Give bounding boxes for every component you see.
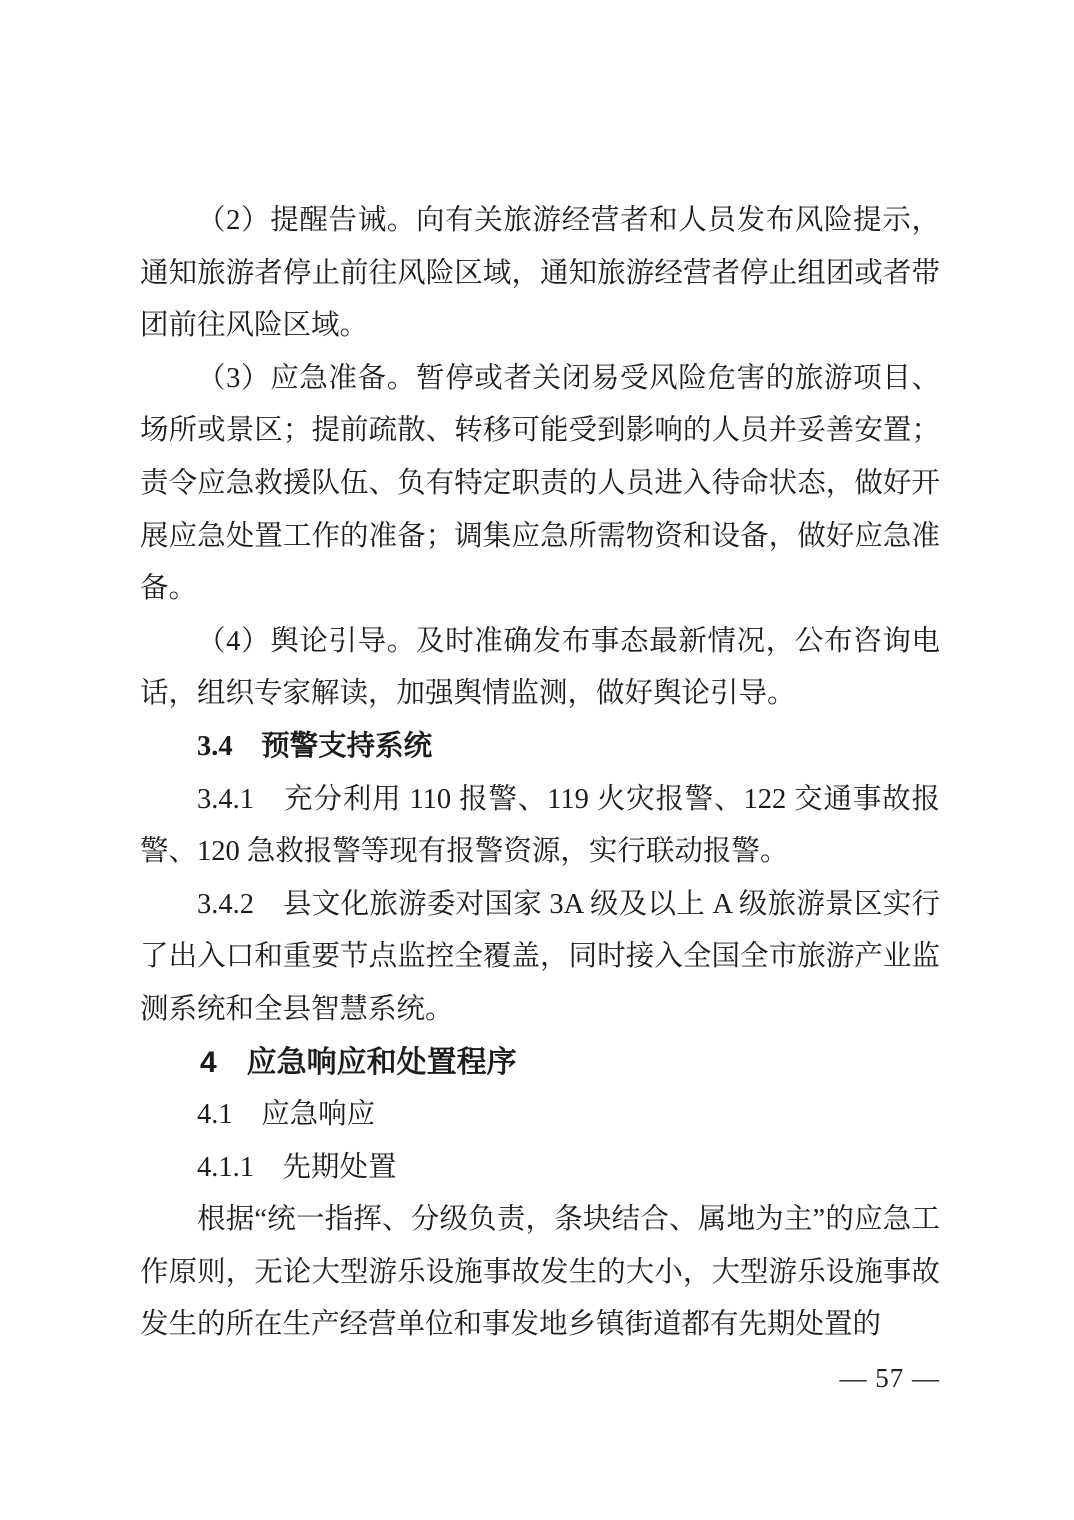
paragraph-initial-disposal-principle: 根据“统一指挥、分级负责，条块结合、属地为主”的应急工作原则，无论大型游乐设施事… xyxy=(140,1194,940,1352)
paragraph-3-4-1-alarm-resources: 3.4.1 充分利用 110 报警、119 火灾报警、122 交通事故报警、12… xyxy=(140,774,940,879)
heading-4-emergency-response-procedures: 4 应急响应和处置程序 xyxy=(140,1037,940,1090)
paragraph-2-reminder-warning: （2）提醒告诫。向有关旅游经营者和人员发布风险提示，通知旅游者停止前往风险区域，… xyxy=(140,195,940,353)
document-body: （2）提醒告诫。向有关旅游经营者和人员发布风险提示，通知旅游者停止前往风险区域，… xyxy=(140,195,940,1352)
heading-3-4-warning-support-system: 3.4 预警支持系统 xyxy=(140,721,940,774)
paragraph-3-emergency-preparation: （3）应急准备。暂停或者关闭易受风险危害的旅游项目、场所或景区；提前疏散、转移可… xyxy=(140,353,940,616)
document-page: （2）提醒告诫。向有关旅游经营者和人员发布风险提示，通知旅游者停止前往风险区域，… xyxy=(0,0,1074,1520)
page-number: — 57 — xyxy=(840,1362,941,1394)
heading-4-1-emergency-response: 4.1 应急响应 xyxy=(140,1089,940,1142)
heading-4-1-1-initial-disposal: 4.1.1 先期处置 xyxy=(140,1142,940,1195)
paragraph-4-public-opinion-guidance: （4）舆论引导。及时准确发布事态最新情况，公布咨询电话，组织专家解读，加强舆情监… xyxy=(140,616,940,721)
paragraph-3-4-2-scenic-area-monitoring: 3.4.2 县文化旅游委对国家 3A 级及以上 A 级旅游景区实行了出入口和重要… xyxy=(140,879,940,1037)
